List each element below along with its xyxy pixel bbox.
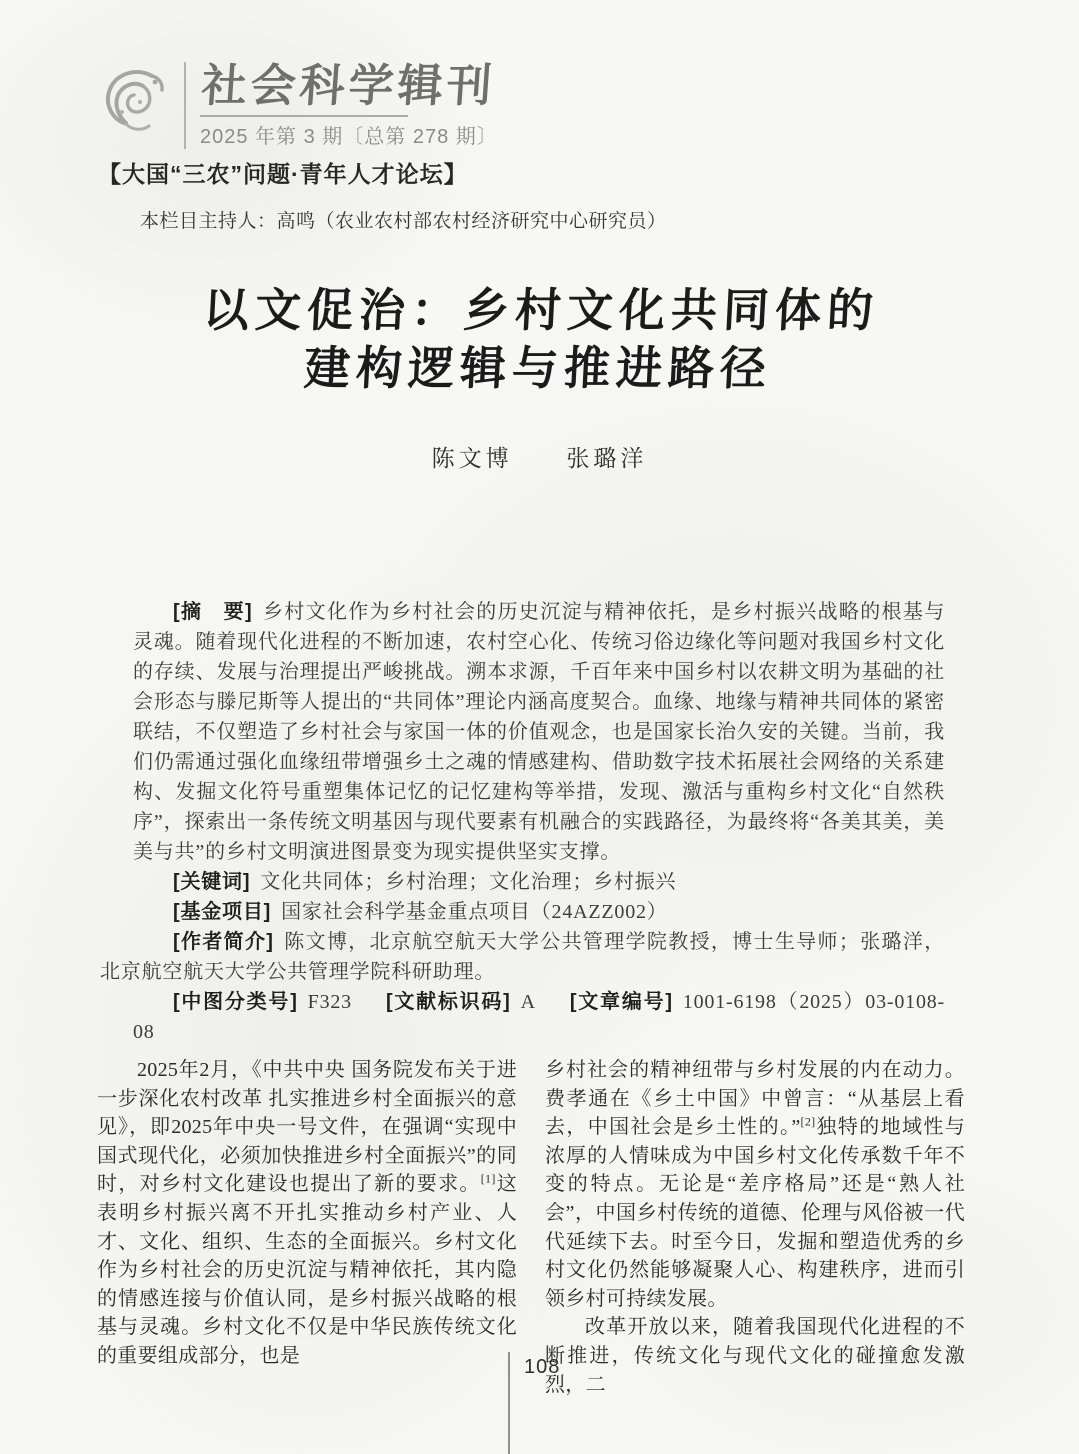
citation-ref-2: [2] — [801, 1115, 816, 1129]
authors-line: 陈文博 张璐洋 — [0, 440, 1079, 473]
fund-text: 国家社会科学基金重点项目（24AZZ002） — [281, 901, 667, 923]
footer-rule — [508, 1352, 510, 1454]
body-column-left: 2025年2月，《中共中央 国务院发布关于进一步深化农村改革 扎实推进乡村全面振… — [97, 1056, 517, 1399]
clc-value: F323 — [308, 991, 352, 1013]
article-title-line2: 建构逻辑与推进路径 — [0, 340, 1079, 398]
abstract-paragraph: [摘 要]乡村文化作为乡村社会的历史沉淀与精神依托，是乡村振兴战略的根基与灵魂。… — [100, 597, 945, 867]
page-number: 108 — [524, 1356, 560, 1379]
masthead-rule — [200, 115, 408, 117]
fund-line: [基金项目]国家社会科学基金重点项目（24AZZ002） — [100, 897, 945, 927]
body-paragraph-1: 2025年2月，《中共中央 国务院发布关于进一步深化农村改革 扎实推进乡村全面振… — [97, 1056, 517, 1371]
clc-label: [中图分类号] — [173, 991, 298, 1013]
fund-label: [基金项目] — [173, 901, 271, 923]
body-paragraph-1-continued: 乡村社会的精神纽带与乡村发展的内在动力。费孝通在《乡土中国》中曾言：“从基层上看… — [545, 1056, 965, 1313]
abstract-label: [摘 要] — [173, 601, 252, 623]
masthead-text: 社会科学辑刊 2025 年第 3 期〔总第 278 期〕 — [184, 62, 498, 149]
article-meta-block: [摘 要]乡村文化作为乡村社会的历史沉淀与精神依托，是乡村振兴战略的根基与灵魂。… — [100, 597, 945, 1047]
keywords-text: 文化共同体；乡村治理；文化治理；乡村振兴 — [260, 871, 676, 893]
issue-line: 2025 年第 3 期〔总第 278 期〕 — [200, 120, 498, 149]
article-title: 以文促治：乡村文化共同体的 建构逻辑与推进路径 — [0, 282, 1079, 398]
body-columns: 2025年2月，《中共中央 国务院发布关于进一步深化农村改革 扎实推进乡村全面振… — [97, 1056, 965, 1399]
journal-page: 社会科学辑刊 2025 年第 3 期〔总第 278 期〕 【大国“三农”问题·青… — [0, 0, 1079, 1454]
author-bio-line: [作者简介]陈文博，北京航空航天大学公共管理学院教授，博士生导师；张璐洋，北京航… — [100, 927, 945, 987]
section-marker: 【大国“三农”问题·青年人才论坛】 — [98, 156, 468, 189]
masthead: 社会科学辑刊 2025 年第 3 期〔总第 278 期〕 — [96, 62, 498, 149]
body-column-right: 乡村社会的精神纽带与乡村发展的内在动力。费孝通在《乡土中国》中曾言：“从基层上看… — [545, 1056, 965, 1399]
classification-line: [中图分类号]F323[文献标识码]A[文章编号]1001-6198（2025）… — [100, 987, 945, 1047]
bio-label: [作者简介] — [173, 931, 274, 953]
doc-code-label: [文献标识码] — [386, 991, 511, 1013]
article-title-line1: 以文促治：乡村文化共同体的 — [0, 282, 1079, 340]
column-host-line: 本栏目主持人：高鸣（农业农村部农村经济研究中心研究员） — [140, 206, 667, 233]
doc-code-value: A — [521, 991, 536, 1013]
keywords-label: [关键词] — [173, 871, 250, 893]
keywords-line: [关键词]文化共同体；乡村治理；文化治理；乡村振兴 — [100, 867, 945, 897]
article-no-label: [文章编号] — [570, 991, 673, 1013]
author-name-1: 陈文博 — [432, 446, 513, 471]
author-name-2: 张璐洋 — [566, 446, 647, 471]
phoenix-seal-logo-icon — [96, 62, 180, 146]
abstract-text: 乡村文化作为乡村社会的历史沉淀与精神依托，是乡村振兴战略的根基与灵魂。随着现代化… — [133, 601, 945, 863]
body-paragraph-2: 改革开放以来，随着我国现代化进程的不断推进，传统文化与现代文化的碰撞愈发激烈，二 — [545, 1313, 965, 1399]
journal-name: 社会科学辑刊 — [200, 62, 501, 110]
citation-ref-1: [1] — [481, 1172, 496, 1186]
